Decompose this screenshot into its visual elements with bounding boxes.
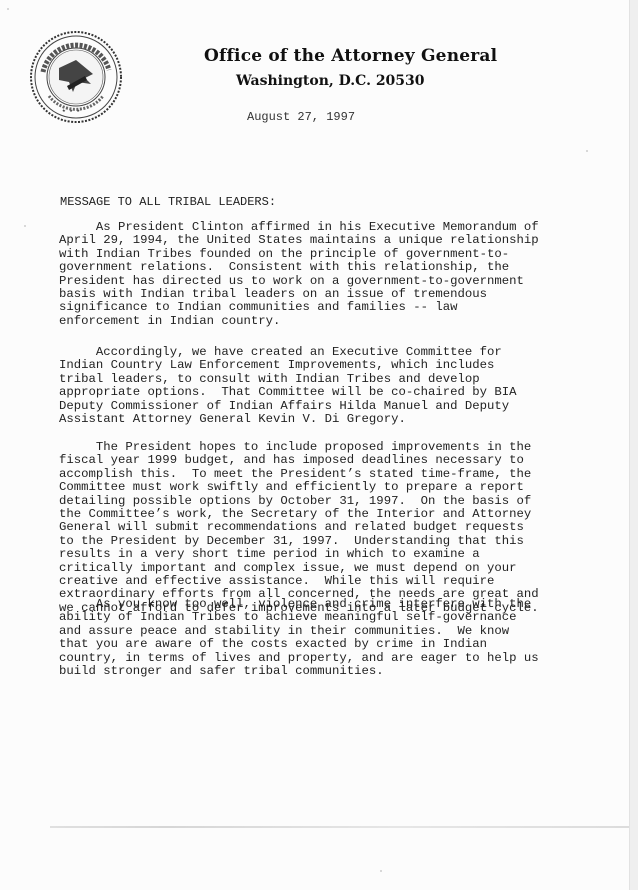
letter-date: August 27, 1997: [247, 110, 355, 124]
paragraph-3: The President hopes to include proposed …: [59, 441, 539, 615]
office-address: Washington, D.C. 20530: [236, 73, 425, 89]
paper-fold-line: [50, 826, 630, 828]
paragraph-4: As you know too well, violence and crime…: [59, 598, 539, 678]
doj-seal-icon: ★ ★ ★: [29, 30, 123, 124]
svg-text:★ ★ ★: ★ ★ ★: [62, 107, 80, 114]
scan-edge: [629, 0, 638, 890]
scan-speck: [586, 150, 588, 152]
scan-speck: [380, 870, 382, 872]
scan-speck: [24, 225, 26, 227]
scan-speck: [7, 8, 9, 10]
letter-page: ★ ★ ★ Office of the Attorney General Was…: [0, 0, 630, 890]
paragraph-1: As President Clinton affirmed in his Exe…: [59, 221, 539, 328]
paragraph-2: Accordingly, we have created an Executiv…: [59, 346, 517, 426]
salutation: MESSAGE TO ALL TRIBAL LEADERS:: [60, 195, 276, 209]
office-title: Office of the Attorney General: [204, 46, 497, 66]
